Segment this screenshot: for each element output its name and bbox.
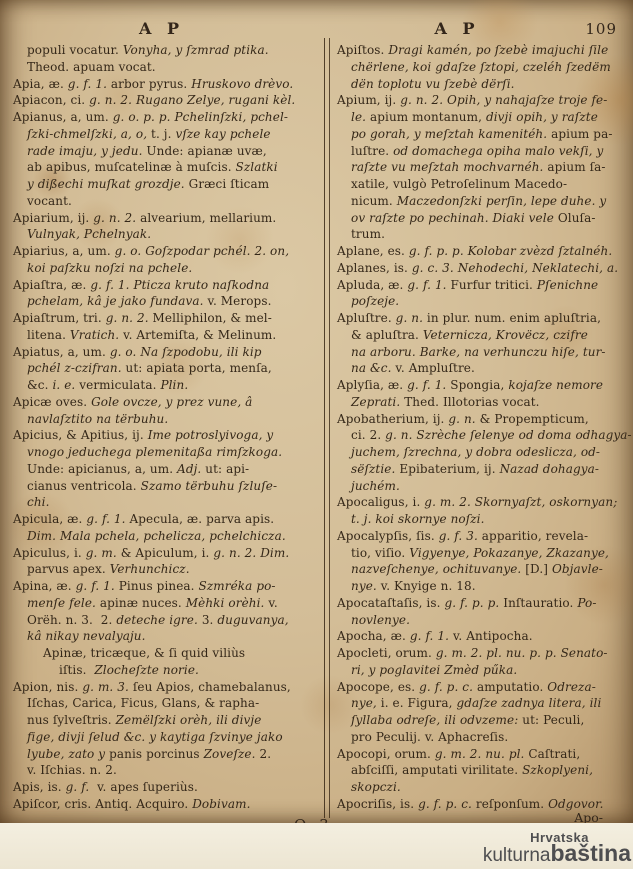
text-line: chërlene, koi gdaſze ſztopi, czeléh ſzed…	[337, 59, 629, 76]
text-line: Apocope, es. g. f. p. c. amputatio. Odre…	[337, 679, 629, 696]
text-line: Aplyſia, æ. g. f. 1. Spongia, kojaſze ne…	[337, 377, 629, 394]
text-line: Apiaſtra, æ. g. f. 1. Pticza kruto naſko…	[13, 277, 321, 294]
text-line: Apocalypſis, ſis. g. f. 3. apparitio, re…	[337, 528, 629, 545]
text-line: Apluda, æ. g. f. 1. Furfur tritici. Pſen…	[337, 277, 629, 294]
text-line: Apicius, & Apitius, ij. Ime potroslyivog…	[13, 427, 321, 444]
text-line: Iſchas, Carica, Ficus, Glans, & rapha-	[13, 695, 321, 712]
text-line: iſtis. Zlocheſzte norie.	[13, 662, 321, 679]
text-line: Apiculus, i. g. m. & Apiculum, i. g. n. …	[13, 545, 321, 562]
running-header-left: A P	[0, 19, 323, 39]
text-line: Apiarius, a, um. g. o. Goſzpodar pchél. …	[13, 243, 321, 260]
text-line: le. apium montanum, divji opih, y raſzte	[337, 109, 629, 126]
text-line: pchelam, kâ je jako fundava. v. Merops.	[13, 293, 321, 310]
text-line: poſzeje.	[337, 293, 629, 310]
watermark-line2: kulturnabaština	[483, 840, 631, 867]
text-line: &c. i. e. vermiculata. Plin.	[13, 377, 321, 394]
scanned-book-page: A P A P 109 populi vocatur. Vonyha, y ſz…	[0, 0, 633, 823]
text-line: nicum. Maczedonſzki perſin, lepe duhe. y	[337, 193, 629, 210]
text-line: sëſztie. Epibaterium, ij. Nazad dohagya-	[337, 461, 629, 478]
text-line: Apiaſtrum, tri. g. n. 2. Melliphilon, & …	[13, 310, 321, 327]
text-line: nye. v. Knyige n. 18.	[337, 578, 629, 595]
text-line: Apianus, a, um. g. o. p. p. Pchelinſzki,…	[13, 109, 321, 126]
text-line: Zeprati. Thed. Illotorias vocat.	[337, 394, 629, 411]
text-line: xatile, vulgò Petroſelinum Macedo-	[337, 176, 629, 193]
text-line: na arboru. Barke, na verhunczu hiſe, tur…	[337, 344, 629, 361]
text-line: tio, viſio. Vigyenye, Pokazanye, Zkazany…	[337, 545, 629, 562]
text-line: rade imaju, y jedu. Unde: apianæ uvæ,	[13, 143, 321, 160]
text-line: Orëh. n. 3. 2. deteche igre. 3. duguvany…	[13, 612, 321, 629]
text-line: pro Peculij. v. Aphacreſis.	[337, 729, 629, 746]
text-line: ov raſzte po pechinah. Diaki vele Oluſa-	[337, 210, 629, 227]
text-line: t. j. koi skornye noſzi.	[337, 511, 629, 528]
text-line: luſtre. od domachega opiha malo vekſi, y	[337, 143, 629, 160]
text-line: pchél z-czifran. ut: apiata porta, menſa…	[13, 360, 321, 377]
text-line: raſzte vu meſztah mochvarnéh. apium ſa-	[337, 159, 629, 176]
text-line: nye, i. e. Figura, gdaſze zadnya litera,…	[337, 695, 629, 712]
text-line: Dim. Mala pchela, pchelicza, pchelchicza…	[13, 528, 321, 545]
text-line: Apocopi, orum. g. m. 2. nu. pl. Caſtrati…	[337, 746, 629, 763]
text-line: Apion, nis. g. m. 3. ſeu Apios, chamebal…	[13, 679, 321, 696]
text-line: Apocleti, orum. g. m. 2. pl. nu. p. p. S…	[337, 645, 629, 662]
text-line: ſzki-chmelſzki, a, o, t. j. vſze kay pch…	[13, 126, 321, 143]
text-line: Aplanes, is. g. c. 3. Nehodechi, Neklate…	[337, 260, 629, 277]
text-line: Apina, æ. g. f. 1. Pinus pinea. Szmréka …	[13, 578, 321, 595]
text-line: Apicula, æ. g. f. 1. Apecula, æ. parva a…	[13, 511, 321, 528]
text-line: nazveſchenye, ochituvanye. [D.] Objavle-	[337, 561, 629, 578]
text-line: ri, y poglavitei Zmèd pűka.	[337, 662, 629, 679]
text-line: litena. Vratich. v. Artemiſta, & Melinum…	[13, 327, 321, 344]
text-line: Apiacon, ci. g. n. 2. Rugano Zelye, ruga…	[13, 92, 321, 109]
text-line: ab apibus, muſcatelinæ à muſcis. Szlatki	[13, 159, 321, 176]
text-line: menſe fele. apinæ nuces. Mèhki orèhi. v.	[13, 595, 321, 612]
watermark-word-regular: kulturna	[483, 845, 551, 866]
page-number: 109	[585, 20, 617, 38]
text-line: Apis, is. g. f. v. apes ſuperiùs.	[13, 779, 321, 796]
text-line: fige, divji ſelud &c. y kaytiga ſzvinye …	[13, 729, 321, 746]
text-line: Apocha, æ. g. f. 1. v. Antipocha.	[337, 628, 629, 645]
text-line: Apia, æ. g. f. 1. arbor pyrus. Hruskovo …	[13, 76, 321, 93]
text-line: Apobatherium, ij. g. n. & Propempticum,	[337, 411, 629, 428]
text-line: y dißechi muſkat grozdje. Græci ſticam	[13, 176, 321, 193]
left-column: populi vocatur. Vonyha, y ſzmrad ptika.T…	[13, 42, 321, 813]
text-line: Apluſtre. g. n. in plur. num. enim apluſ…	[337, 310, 629, 327]
watermark-word-bold: baština	[550, 840, 631, 866]
text-line: Vulnyak, Pchelnyak.	[13, 226, 321, 243]
text-line: po gorah, y meſztah kamenitéh. apium pa-	[337, 126, 629, 143]
text-line: ci. 2. g. n. Szrèche ſelenye od doma odh…	[337, 427, 629, 444]
right-column: Apiſtos. Dragi kamén, po ſzebè imajuchi …	[337, 42, 629, 813]
text-line: Apiſcor, cris. Antiq. Acquiro. Dobivam.	[13, 796, 321, 813]
running-header-right: A P	[337, 19, 577, 39]
text-line: Apocataſtaſis, is. g. f. p. p. Inſtaurat…	[337, 595, 629, 612]
text-line: lyube, zato y panis porcinus Zoveſze. 2.	[13, 746, 321, 763]
text-line: Theod. apuam vocat.	[13, 59, 321, 76]
text-line: vocant.	[13, 193, 321, 210]
text-line: cianus ventricola. Szamo tërbuhu ſzluſe-	[13, 478, 321, 495]
text-line: juchem, ſzrechna, y dobra odeslicza, od-	[337, 444, 629, 461]
text-line: Apicæ oves. Gole ovcze, y prez vune, â	[13, 394, 321, 411]
text-line: Apinæ, tricæque, & ſi quid viliùs	[13, 645, 321, 662]
text-line: dën toplotu vu ſzebè dërſi.	[337, 76, 629, 93]
text-line: Apiarium, ij. g. n. 2. alvearium, mellar…	[13, 210, 321, 227]
text-line: juchém.	[337, 478, 629, 495]
text-line: Apium, ij. g. n. 2. Opih, y nahajaſze tr…	[337, 92, 629, 109]
text-line: skopczi.	[337, 779, 629, 796]
text-line: Unde: apicianus, a, um. Adj. ut: api-	[13, 461, 321, 478]
text-line: abſciſſi, amputati virilitate. Szkoplyen…	[337, 762, 629, 779]
text-line: nus ſylveſtris. Zemëlſzki orèh, ili divj…	[13, 712, 321, 729]
text-line: navlaſztito na tërbuhu.	[13, 411, 321, 428]
text-line: chi.	[13, 494, 321, 511]
text-line: na &c. v. Ampluſtre.	[337, 360, 629, 377]
text-line: Aplane, es. g. f. p. p. Kolobar zvèzd ſz…	[337, 243, 629, 260]
text-line: & apluſtra. Veternicza, Krovëcz, czifre	[337, 327, 629, 344]
text-line: kâ nikay nevalyaju.	[13, 628, 321, 645]
text-line: vnogo jeduchega plemenitaßa rimſzkoga.	[13, 444, 321, 461]
column-divider-rule	[324, 38, 330, 818]
text-line: Apiſtos. Dragi kamén, po ſzebè imajuchi …	[337, 42, 629, 59]
text-line: ſyllaba odreſe, ili odvzeme: ut: Peculi,	[337, 712, 629, 729]
text-line: parvus apex. Verhunchicz.	[13, 561, 321, 578]
text-line: v. Iſchias. n. 2.	[13, 762, 321, 779]
text-line: trum.	[337, 226, 629, 243]
text-line: koi paſzku noſzi na pchele.	[13, 260, 321, 277]
text-line: novlenye.	[337, 612, 629, 629]
scan-background-strip: Hrvatska kulturnabaština	[0, 823, 633, 869]
text-line: Apocaligus, i. g. m. 2. Skornyaſzt, osko…	[337, 494, 629, 511]
text-line: populi vocatur. Vonyha, y ſzmrad ptika.	[13, 42, 321, 59]
text-line: Apiatus, a, um. g. o. Na ſzpodobu, ili k…	[13, 344, 321, 361]
